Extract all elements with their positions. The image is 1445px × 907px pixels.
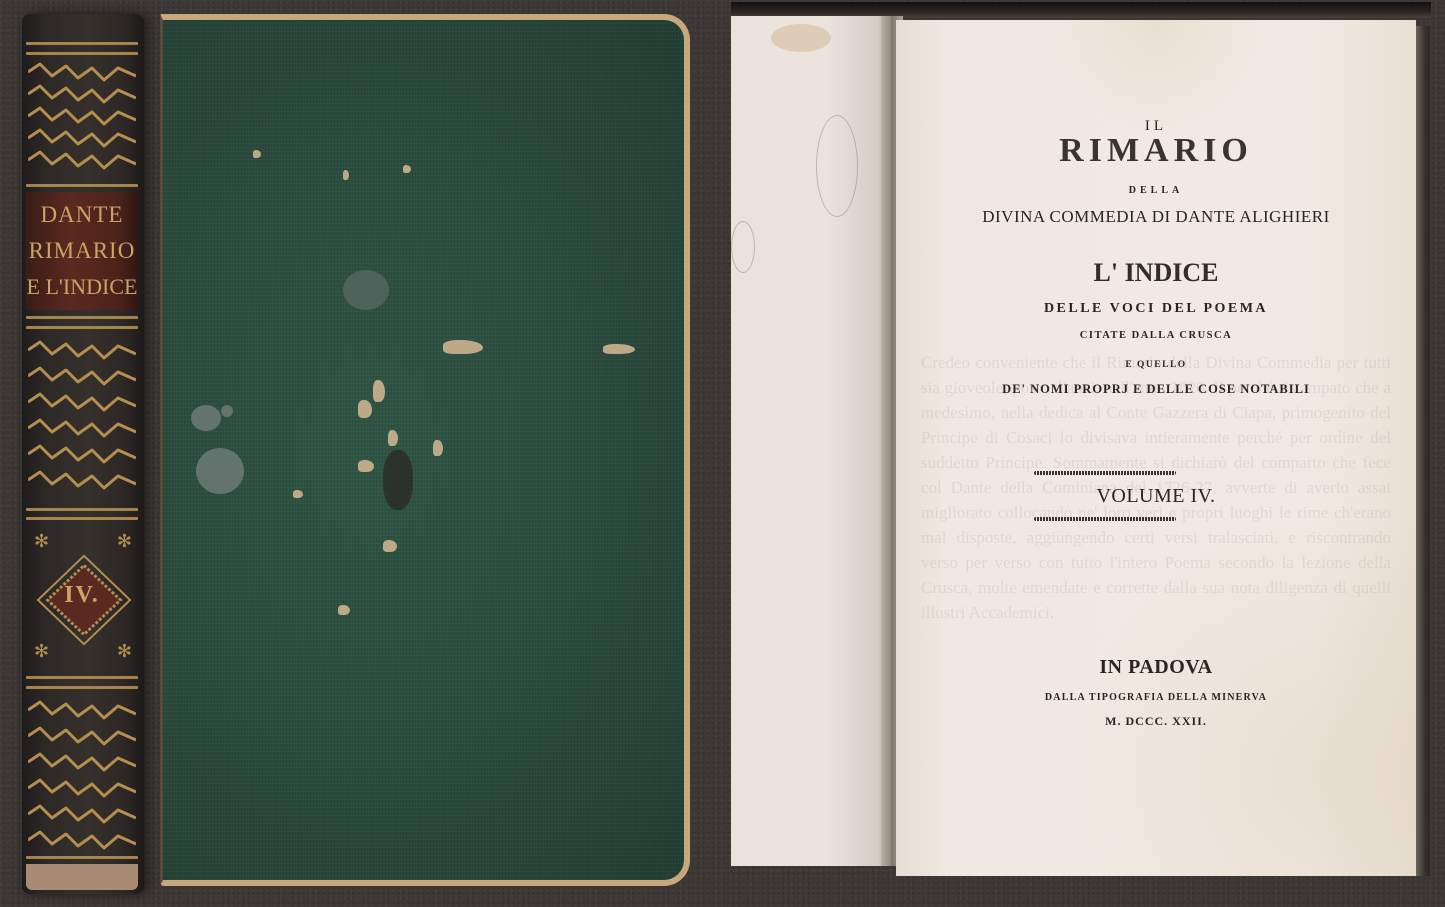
cloth-wear-spot [433, 440, 443, 456]
cloth-wear-spot [338, 605, 350, 615]
gilt-zigzag-ornament [28, 336, 136, 504]
green-cloth-cover [160, 14, 690, 886]
gilt-band [26, 686, 138, 689]
imprint-place: IN PADOVA [896, 656, 1416, 679]
gilt-band [26, 52, 138, 55]
gilt-zigzag-ornament [28, 60, 136, 178]
spine-volume-number: IV. [26, 582, 138, 609]
cloth-wear-spot [403, 165, 411, 173]
book-spine: DANTE RIMARIO E L'INDICE ✻ ✻ [22, 14, 144, 894]
cloth-wear-spot [383, 540, 397, 552]
cloth-wear-spot [388, 430, 398, 446]
title-page-photo: Credeo conveniente che il Rimario della … [731, 16, 1431, 888]
pencil-mark [816, 115, 858, 217]
spine-title-line: E L'INDICE [27, 269, 138, 305]
gilt-zigzag-ornament [28, 696, 136, 851]
subtitle-line: CITATE DALLA CRUSCA [896, 330, 1416, 341]
secondary-title: L' INDICE [896, 258, 1416, 288]
water-stain [196, 448, 244, 494]
subtitle-line: DELLE VOCI DEL POEMA [896, 301, 1416, 317]
cloth-wear-spot [293, 490, 303, 498]
pencil-mark [731, 221, 755, 273]
cloth-wear-spot [603, 344, 635, 354]
cloth-wear-spot [358, 400, 372, 418]
gilt-band [26, 517, 138, 520]
gilt-band [26, 326, 138, 329]
dark-stain [383, 450, 413, 510]
title-connector: DELLA [896, 185, 1416, 196]
spine-volume-panel: ✻ ✻ IV. ✻ ✻ [26, 524, 138, 674]
gilt-band [26, 676, 138, 679]
gilt-band [26, 856, 138, 859]
foxing-stain [771, 24, 831, 52]
cloth-wear-spot [343, 170, 349, 180]
spine-title-line: RIMARIO [29, 233, 136, 269]
subtitle-line: E QUELLO [896, 360, 1416, 370]
gilt-flower-icon: ✻ [117, 642, 132, 660]
gilt-band [26, 184, 138, 187]
spine-title-line: DANTE [41, 197, 124, 233]
gilt-flower-icon: ✻ [117, 532, 132, 550]
closed-book-photo: DANTE RIMARIO E L'INDICE ✻ ✻ [0, 0, 722, 907]
cloth-wear-spot [253, 150, 261, 158]
volume-number: VOLUME IV. [896, 485, 1416, 508]
subtitle-line: DE' NOMI PROPRJ E DELLE COSE NOTABILI [896, 382, 1416, 397]
water-stain [343, 270, 389, 310]
cloth-wear-spot [443, 340, 483, 354]
wavy-rule [1034, 471, 1176, 475]
main-title: RIMARIO [896, 132, 1416, 170]
title-page: Credeo conveniente che il Rimario della … [896, 20, 1416, 876]
gilt-flower-icon: ✻ [34, 642, 49, 660]
gilt-flower-icon: ✻ [34, 532, 49, 550]
imprint-year: M. DCCC. XXII. [896, 714, 1416, 729]
work-title: DIVINA COMMEDIA DI DANTE ALIGHIERI [896, 207, 1416, 227]
facing-blank-page [731, 16, 891, 866]
page-fore-edge [1416, 26, 1430, 876]
cloth-wear-spot [373, 380, 385, 402]
spine-worn-tail [26, 864, 138, 890]
wavy-rule [1034, 517, 1176, 521]
gilt-band [26, 42, 138, 45]
imprint-printer: DALLA TIPOGRAFIA DELLA MINERVA [896, 692, 1416, 703]
spine-title-label: DANTE RIMARIO E L'INDICE [26, 192, 138, 310]
gilt-band [26, 316, 138, 319]
gilt-band [26, 508, 138, 511]
cloth-wear-spot [358, 460, 374, 472]
water-stain [221, 405, 233, 417]
water-stain [191, 405, 221, 431]
